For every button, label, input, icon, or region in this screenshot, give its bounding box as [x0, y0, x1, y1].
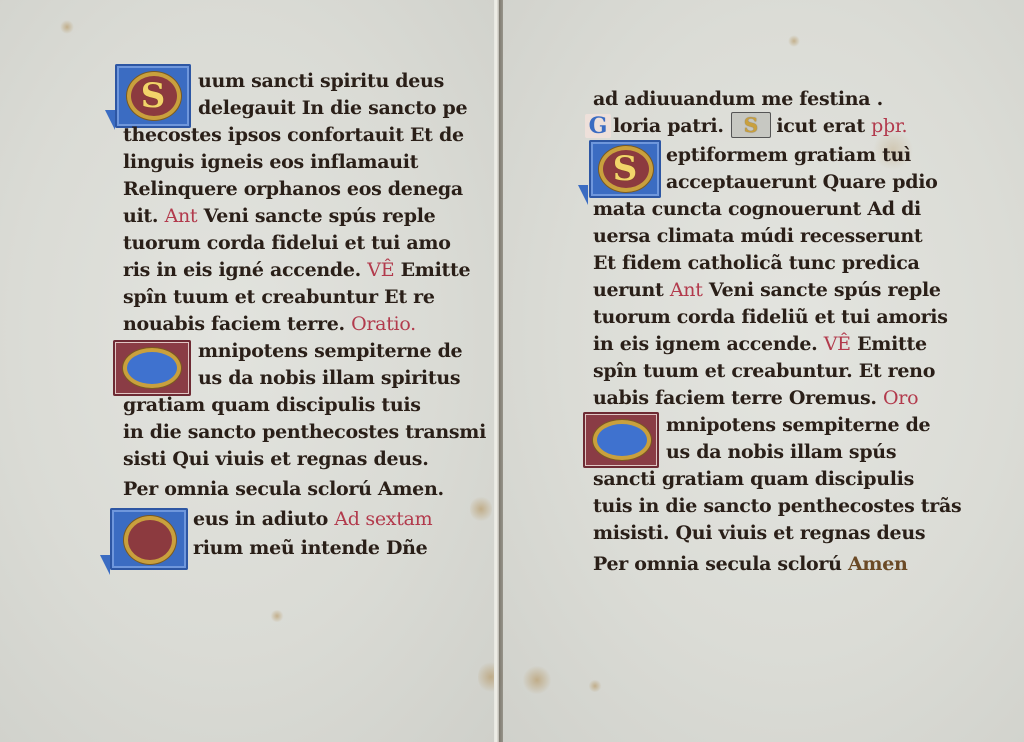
text-line: uabis faciem terre Oremus. Oro [593, 385, 918, 411]
left-page: S uum sancti spiritu deus delegauit In d… [0, 0, 498, 742]
text-line: rium meũ intende Dñe [193, 535, 427, 561]
stain [523, 665, 551, 695]
initial-g-small: G [585, 114, 611, 138]
rubric: Oro [883, 387, 918, 409]
text-line: Per omnia secula sclorú Amen. [123, 476, 444, 502]
rubric: Ant [670, 279, 703, 301]
text-line: acceptauerunt Quare pdio [666, 169, 938, 195]
initial-tail [100, 555, 110, 575]
text-line: uit. Ant Veni sancte spús reple [123, 203, 435, 229]
initial-tail [105, 110, 115, 130]
stain [60, 20, 74, 34]
text-line: us da nobis illam spús [666, 439, 896, 465]
faded-word: Amen [848, 553, 908, 575]
text-line: uerunt Ant Veni sancte spús reple [593, 277, 941, 303]
text-line: in die sancto penthecostes transmi [123, 419, 486, 445]
text-line: us da nobis illam spiritus [198, 365, 460, 391]
rubric: Oratio. [351, 313, 416, 335]
text-line: uum sancti spiritu deus [198, 68, 444, 94]
text-line: sisti Qui viuis et regnas deus. [123, 446, 429, 472]
text-line: Et fidem catholicã tunc predica [593, 250, 920, 276]
rubric: Ad sextam [334, 508, 432, 530]
text-line: mnipotens sempiterne de [198, 338, 462, 364]
text-line: sancti gratiam quam discipulis [593, 466, 914, 492]
text-line: tuis in die sancto penthecostes trãs [593, 493, 961, 519]
text-line: in eis ignem accende. VÊ Emitte [593, 331, 927, 357]
rubric: Ant [165, 205, 198, 227]
text-line: gratiam quam discipulis tuis [123, 392, 421, 418]
initial-o-illuminated [113, 340, 191, 396]
initial-d-illuminated [110, 508, 188, 570]
text-line: spîn tuum et creabuntur. Et reno [593, 358, 935, 384]
text-line: tuorum corda fidelui et tui amo [123, 230, 451, 256]
text-line: uersa climata múdi recesserunt [593, 223, 922, 249]
initial-s-illuminated: S [115, 64, 191, 128]
manuscript-spread: S uum sancti spiritu deus delegauit In d… [0, 0, 1024, 742]
initial-s-illuminated: S [589, 140, 661, 198]
text-line: spîn tuum et creabuntur Et re [123, 284, 435, 310]
text-line: mata cuncta cognouerunt Ad di [593, 196, 921, 222]
letter-s-icon: S [589, 140, 661, 198]
letter-g-icon: G [585, 114, 611, 138]
text-line: loria patri. icut erat pþr. [613, 113, 907, 139]
initial-o-illuminated [583, 412, 659, 468]
text-line: Per omnia secula sclorú Amen [593, 551, 908, 577]
text-line: ris in eis igné accende. VÊ Emitte [123, 257, 470, 283]
rubric: VÊ [824, 333, 851, 355]
text-line: Relinquere orphanos eos denega [123, 176, 463, 202]
rubric: VÊ [367, 259, 394, 281]
text-line: linguis igneis eos inflamauit [123, 149, 418, 175]
text-line: delegauit In die sancto pe [198, 95, 467, 121]
text-line: eptiformem gratiam tuì [666, 142, 911, 168]
initial-tail [578, 185, 588, 205]
text-line: tuorum corda fideliũ et tui amoris [593, 304, 948, 330]
stain [470, 495, 492, 523]
rubric: pþr. [871, 115, 907, 137]
text-line: ad adiuuandum me festina . [593, 86, 883, 112]
right-page: G S S ad adiuuandum me festina . loria p… [503, 0, 1024, 742]
text-line: nouabis faciem terre. Oratio. [123, 311, 416, 337]
stain [788, 35, 800, 47]
letter-s-icon: S [115, 64, 191, 128]
stain [270, 610, 284, 622]
stain [588, 680, 602, 692]
text-line: mnipotens sempiterne de [666, 412, 930, 438]
text-line: eus in adiuto Ad sextam [193, 506, 432, 532]
text-line: thecostes ipsos confortauit Et de [123, 122, 464, 148]
text-line: misisti. Qui viuis et regnas deus [593, 520, 925, 546]
